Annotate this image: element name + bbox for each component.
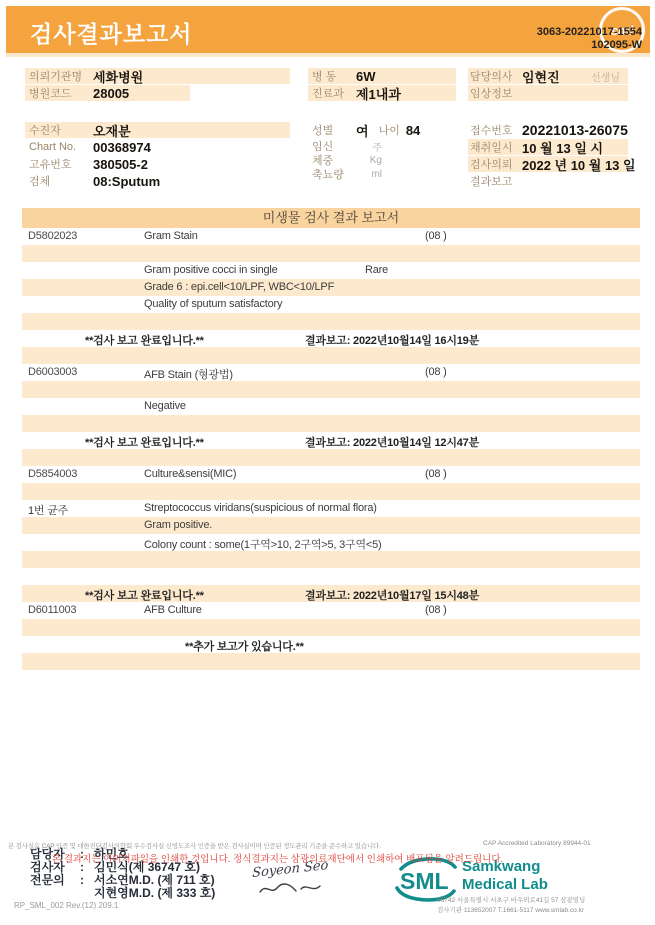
info-row: 병원코드28005 — [25, 85, 190, 101]
table-row: Gram positive. — [22, 517, 640, 534]
table-row — [22, 245, 640, 262]
result-text: Streptococcus viridans(suspicious of nor… — [144, 502, 377, 514]
test-ref: (08 ) — [425, 604, 447, 616]
test-code: D6003003 — [28, 366, 77, 378]
result-table: 미생물 검사 결과 보고서 D5802023Gram Stain(08 )Gra… — [22, 208, 640, 670]
info-label: 의뢰기관명 — [25, 68, 93, 84]
table-row — [22, 551, 640, 568]
info-row: 임신주 — [308, 139, 386, 153]
info-label: 수진자 — [25, 122, 93, 138]
info-value: 여 — [356, 121, 369, 140]
info-row: 결과보고 — [468, 173, 628, 189]
info-label: 담당의사 — [468, 68, 522, 84]
table-row — [22, 347, 640, 364]
table-row: Grade 6 : epi.cell<10/LPF, WBC<10/LPF — [22, 279, 640, 296]
info-row: 축뇨량ml — [308, 167, 386, 181]
info-row: 성별여나이84 — [308, 122, 456, 138]
result-text: Gram positive cocci in single — [144, 264, 278, 276]
info-row: 담당의사임현진선생님 — [468, 68, 628, 84]
info-value: 84 — [406, 123, 420, 138]
result-text: Grade 6 : epi.cell<10/LPF, WBC<10/LPF — [144, 281, 334, 293]
info-label: 병 동 — [308, 68, 356, 84]
info-value: 세화병원 — [93, 67, 143, 86]
header-bottom-strip — [6, 53, 650, 57]
lab-report-page: 검사결과보고서 sml 3063-20221017-1554 102095-W … — [0, 0, 655, 925]
info-label: 축뇨량 — [308, 166, 356, 182]
info-suffix: 선생님 — [591, 69, 628, 84]
test-name: AFB Stain (형광법) — [144, 366, 233, 382]
info-label: 고유번호 — [25, 156, 93, 172]
info-column-middle: 병 동6W진료과제1내과성별여나이84임신주체중Kg축뇨량ml — [308, 68, 456, 181]
report-datetime: 결과보고: 2022년10월17일 15시48분 — [305, 587, 479, 603]
report-id-2: 102095-W — [537, 39, 642, 52]
table-row: **검사 보고 완료입니다.**결과보고: 2022년10월14일 16시19분 — [22, 330, 640, 347]
info-row: 진료과제1내과 — [308, 85, 456, 101]
info-row: 접수번호20221013-26075 — [468, 122, 628, 138]
result-value: Rare — [365, 264, 388, 276]
info-row: 채취일시10 월 13 일 시 — [468, 139, 628, 155]
info-block-gap — [308, 102, 456, 122]
report-datetime: 결과보고: 2022년10월14일 16시19분 — [305, 332, 479, 348]
report-id-1: 3063-20221017-1554 — [537, 26, 642, 39]
result-table-rows: D5802023Gram Stain(08 )Gram positive coc… — [22, 228, 640, 670]
table-row — [22, 449, 640, 466]
report-datetime: 결과보고: 2022년10월14일 12시47분 — [305, 434, 479, 450]
signature-scribble-icon — [258, 882, 324, 901]
test-row: D5802023Gram Stain(08 ) — [22, 228, 640, 245]
info-column-left: 의뢰기관명세화병원병원코드28005수진자오재분Chart No.0036897… — [25, 68, 290, 190]
table-row — [22, 619, 640, 636]
test-code: D5854003 — [28, 468, 77, 480]
test-ref: (08 ) — [425, 230, 447, 242]
test-row: D6003003AFB Stain (형광법)(08 ) — [22, 364, 640, 381]
table-row — [22, 313, 640, 330]
info-row: 고유번호380505-2 — [25, 156, 290, 172]
test-row: D6011003AFB Culture(08 ) — [22, 602, 640, 619]
result-text: Gram positive. — [144, 519, 212, 531]
table-row: **검사 보고 완료입니다.**결과보고: 2022년10월17일 15시48분 — [22, 585, 640, 602]
staff-role: 전문의 — [30, 874, 80, 887]
info-row: Chart No.00368974 — [25, 139, 290, 155]
complete-message: **검사 보고 완료입니다.** — [85, 434, 204, 450]
document-code: RP_SML_002 Rev.(12) 209.1 — [14, 901, 118, 910]
info-value: 오재분 — [93, 121, 131, 140]
cap-accreditation-text: CAP Accredited Laboratory 89944-01 — [483, 840, 591, 847]
info-label: Chart No. — [25, 141, 93, 153]
complete-message: **검사 보고 완료입니다.** — [85, 587, 204, 603]
table-row — [22, 568, 640, 585]
info-value: 08:Sputum — [93, 174, 160, 189]
info-label: 병원코드 — [25, 85, 93, 101]
info-value: 00368974 — [93, 140, 151, 155]
info-value: 20221013-26075 — [522, 122, 628, 138]
test-name: Culture&sensi(MIC) — [144, 468, 236, 480]
staff-name: 지현영M.D. (제 333 호) — [94, 887, 215, 900]
info-label: 검사의뢰 — [468, 156, 522, 172]
info-row: 의뢰기관명세화병원 — [25, 68, 290, 84]
print-notice: 본 결과지는 이미지파일을 인쇄한 것입니다. 정식결과지는 삼광의료재단에서 … — [52, 851, 503, 865]
info-block-gap — [468, 102, 628, 122]
info-value: 380505-2 — [93, 157, 148, 172]
table-row — [22, 483, 640, 500]
info-label: 검체 — [25, 173, 93, 189]
test-ref: (08 ) — [425, 366, 447, 378]
info-unit: 주 — [372, 139, 386, 154]
info-row: 임상정보 — [468, 85, 628, 101]
test-code: D6011003 — [28, 604, 76, 616]
info-label: 나이 — [379, 122, 400, 138]
lab-address-block: 06742 서울특별시 서초구 바우뫼로41길 57 삼광빌딩 검사기관 113… — [437, 896, 585, 916]
test-code: D5802023 — [28, 230, 77, 242]
info-label: 결과보고 — [468, 173, 522, 189]
staff-row: 지현영M.D. (제 333 호) — [30, 887, 215, 900]
staff-role — [30, 887, 80, 900]
info-row: 검사의뢰2022 년 10 월 13 일 — [468, 156, 628, 172]
info-row: 체중Kg — [308, 153, 386, 167]
info-row: 검체08:Sputum — [25, 173, 290, 189]
result-text: Quality of sputum satisfactory — [144, 298, 282, 310]
test-name: Gram Stain — [144, 230, 198, 242]
test-row: D5854003Culture&sensi(MIC)(08 ) — [22, 466, 640, 483]
info-value: 6W — [356, 69, 376, 84]
info-value: 28005 — [93, 86, 129, 101]
additional-report-message: **추가 보고가 있습니다.** — [185, 638, 304, 654]
strain-label: 1번 균주 — [28, 502, 68, 518]
lab-contact: 검사기관 113652007 T.1661-5117 www.smlab.co.… — [437, 906, 585, 916]
test-name: AFB Culture — [144, 604, 202, 616]
info-label: 채취일시 — [468, 139, 522, 155]
info-unit: Kg — [370, 155, 386, 166]
result-text: Negative — [144, 400, 186, 412]
table-row — [22, 415, 640, 432]
svg-text:SML: SML — [400, 868, 449, 894]
info-label: 성별 — [308, 122, 356, 138]
page-title: 검사결과보고서 — [30, 16, 193, 49]
staff-colon — [80, 887, 94, 900]
info-value: 제1내과 — [356, 84, 401, 103]
info-value: 임현진 — [522, 67, 560, 86]
test-ref: (08 ) — [425, 468, 447, 480]
lab-name-line2: Medical Lab — [462, 876, 548, 894]
info-row: 수진자오재분 — [25, 122, 290, 138]
info-column-right: 담당의사임현진선생님임상정보접수번호20221013-26075채취일시10 월… — [468, 68, 628, 190]
staff-colon: : — [80, 874, 94, 887]
table-row: 1번 균주Streptococcus viridans(suspicious o… — [22, 500, 640, 517]
result-text: Colony count : some(1구역>10, 2구역>5, 3구역<5… — [144, 536, 381, 552]
table-row — [22, 653, 640, 670]
lab-address: 06742 서울특별시 서초구 바우뫼로41길 57 삼광빌딩 — [437, 896, 585, 906]
complete-message: **검사 보고 완료입니다.** — [85, 332, 204, 348]
info-row: 병 동6W — [308, 68, 456, 84]
info-unit: ml — [371, 169, 386, 180]
info-value: 2022 년 10 월 13 일 — [522, 155, 636, 174]
table-row: Gram positive cocci in singleRare — [22, 262, 640, 279]
table-row: **추가 보고가 있습니다.** — [22, 636, 640, 653]
report-id-block: 3063-20221017-1554 102095-W — [537, 26, 642, 52]
table-row: **검사 보고 완료입니다.**결과보고: 2022년10월14일 12시47분 — [22, 432, 640, 449]
info-label: 진료과 — [308, 85, 356, 101]
table-row: Colony count : some(1구역>10, 2구역>5, 3구역<5… — [22, 534, 640, 551]
info-label: 접수번호 — [468, 122, 522, 138]
table-row: Negative — [22, 398, 640, 415]
table-row — [22, 381, 640, 398]
table-row: Quality of sputum satisfactory — [22, 296, 640, 313]
info-block-gap — [25, 102, 290, 122]
result-table-title: 미생물 검사 결과 보고서 — [22, 208, 640, 228]
info-label: 임상정보 — [468, 85, 522, 101]
